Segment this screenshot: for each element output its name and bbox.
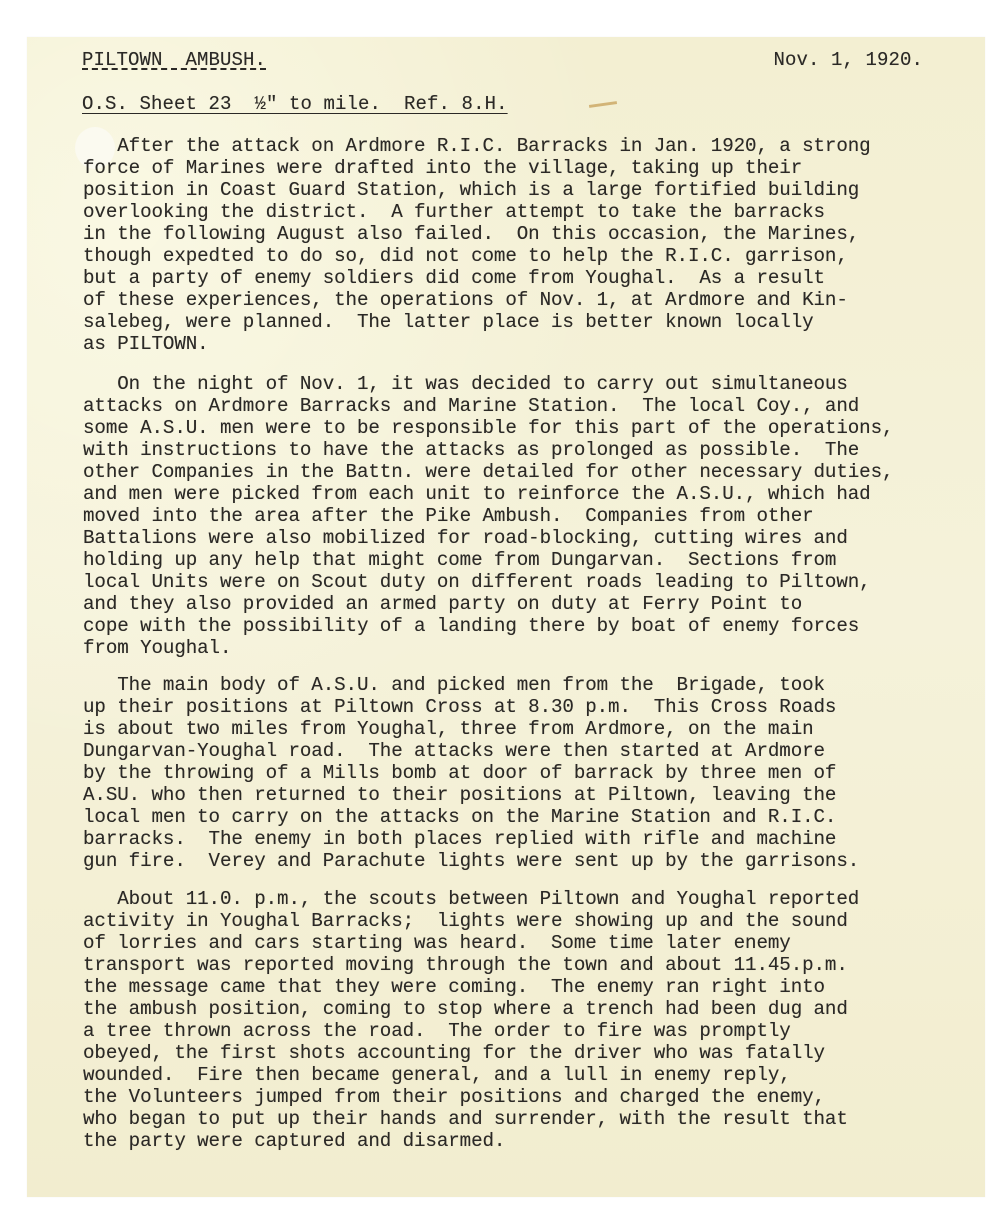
- text-line: Battalions were also mobilized for road-…: [83, 527, 983, 549]
- text-line: A.SU. who then returned to their positio…: [83, 784, 983, 806]
- document-date: Nov. 1, 1920.: [773, 49, 923, 71]
- text-line: holding up any help that might come from…: [83, 549, 983, 571]
- paper-mark: [589, 101, 617, 108]
- text-line: the message came that they were coming. …: [83, 976, 983, 998]
- paragraph-4: About 11.0. p.m., the scouts between Pil…: [83, 888, 983, 1152]
- text-line: obeyed, the first shots accounting for t…: [83, 1042, 983, 1064]
- text-line: position in Coast Guard Station, which i…: [83, 179, 983, 201]
- text-line: overlooking the district. A further atte…: [83, 201, 983, 223]
- text-line: with instructions to have the attacks as…: [83, 439, 983, 461]
- text-line: The main body of A.S.U. and picked men f…: [83, 674, 983, 696]
- text-line: some A.S.U. men were to be responsible f…: [83, 417, 983, 439]
- text-line: is about two miles from Youghal, three f…: [83, 718, 983, 740]
- text-line: local Units were on Scout duty on differ…: [83, 571, 983, 593]
- text-line: up their positions at Piltown Cross at 8…: [83, 696, 983, 718]
- paragraph-1: After the attack on Ardmore R.I.C. Barra…: [83, 135, 983, 355]
- text-line: salebeg, were planned. The latter place …: [83, 311, 983, 333]
- text-line: who began to put up their hands and surr…: [83, 1108, 983, 1130]
- text-line: transport was reported moving through th…: [83, 954, 983, 976]
- text-line: On the night of Nov. 1, it was decided t…: [83, 373, 983, 395]
- text-line: Dungarvan-Youghal road. The attacks were…: [83, 740, 983, 762]
- paragraph-2: On the night of Nov. 1, it was decided t…: [83, 373, 983, 659]
- text-line: the Volunteers jumped from their positio…: [83, 1086, 983, 1108]
- text-line: cope with the possibility of a landing t…: [83, 615, 983, 637]
- text-line: attacks on Ardmore Barracks and Marine S…: [83, 395, 983, 417]
- text-line: other Companies in the Battn. were detai…: [83, 461, 983, 483]
- paragraph-3: The main body of A.S.U. and picked men f…: [83, 674, 983, 872]
- text-line: barracks. The enemy in both places repli…: [83, 828, 983, 850]
- text-line: and men were picked from each unit to re…: [83, 483, 983, 505]
- text-line: After the attack on Ardmore R.I.C. Barra…: [83, 135, 983, 157]
- text-line: About 11.0. p.m., the scouts between Pil…: [83, 888, 983, 910]
- text-line: a tree thrown across the road. The order…: [83, 1020, 983, 1042]
- document-title: PILTOWN AMBUSH.: [82, 49, 266, 71]
- text-line: in the following August also failed. On …: [83, 223, 983, 245]
- text-line: of these experiences, the operations of …: [83, 289, 983, 311]
- text-line: of lorries and cars starting was heard. …: [83, 932, 983, 954]
- typewritten-page: PILTOWN AMBUSH. Nov. 1, 1920. O.S. Sheet…: [27, 37, 985, 1197]
- text-line: the party were captured and disarmed.: [83, 1130, 983, 1152]
- text-line: and they also provided an armed party on…: [83, 593, 983, 615]
- text-line: the ambush position, coming to stop wher…: [83, 998, 983, 1020]
- map-reference: O.S. Sheet 23 ½" to mile. Ref. 8.H.: [82, 93, 508, 115]
- text-line: wounded. Fire then became general, and a…: [83, 1064, 983, 1086]
- text-line: moved into the area after the Pike Ambus…: [83, 505, 983, 527]
- text-line: gun fire. Verey and Parachute lights wer…: [83, 850, 983, 872]
- text-line: force of Marines were drafted into the v…: [83, 157, 983, 179]
- text-line: activity in Youghal Barracks; lights wer…: [83, 910, 983, 932]
- text-line: but a party of enemy soldiers did come f…: [83, 267, 983, 289]
- text-line: by the throwing of a Mills bomb at door …: [83, 762, 983, 784]
- text-line: though expedted to do so, did not come t…: [83, 245, 983, 267]
- text-line: from Youghal.: [83, 637, 983, 659]
- text-line: local men to carry on the attacks on the…: [83, 806, 983, 828]
- text-line: as PILTOWN.: [83, 333, 983, 355]
